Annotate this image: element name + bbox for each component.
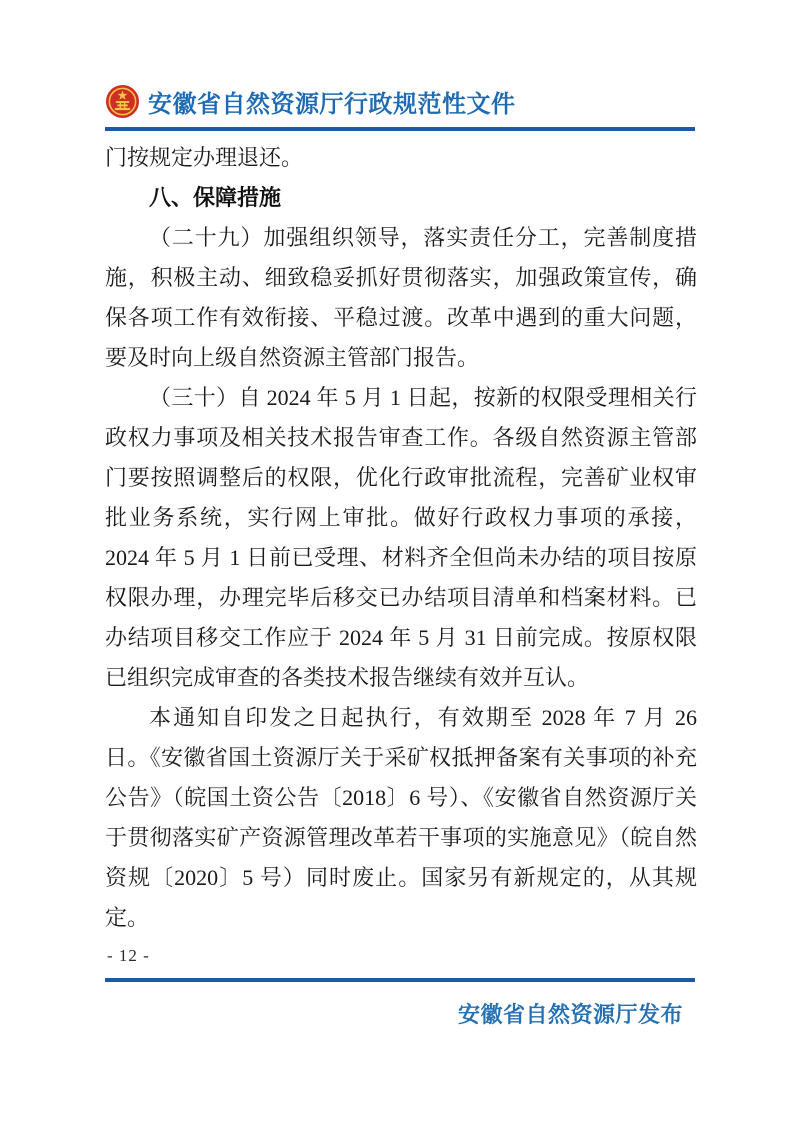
- page-number: - 12 -: [105, 946, 695, 966]
- footer-rule: [105, 978, 695, 982]
- document-header: 安徽省自然资源厅行政规范性文件: [105, 84, 695, 131]
- document-footer: - 12 - 安徽省自然资源厅发布: [105, 946, 695, 1029]
- document-header-title: 安徽省自然资源厅行政规范性文件: [148, 84, 516, 119]
- china-national-emblem-icon: [105, 84, 140, 119]
- document-body: 门按规定办理退还。 八、保障措施 （二十九）加强组织领导，落实责任分工，完善制度…: [105, 138, 697, 938]
- paragraph-continuation: 门按规定办理退还。: [105, 138, 697, 178]
- document-page: 安徽省自然资源厅行政规范性文件 门按规定办理退还。 八、保障措施 （二十九）加强…: [0, 0, 794, 1122]
- section-heading: 八、保障措施: [105, 178, 697, 218]
- paragraph-30: （三十）自 2024 年 5 月 1 日起，按新的权限受理相关行政权力事项及相关…: [105, 378, 697, 698]
- paragraph-29: （二十九）加强组织领导，落实责任分工，完善制度措施，积极主动、细致稳妥抓好贯彻落…: [105, 218, 697, 378]
- publisher-label: 安徽省自然资源厅发布: [105, 998, 695, 1029]
- paragraph-effective-date: 本通知自印发之日起执行，有效期至 2028 年 7 月 26 日。《安徽省国土资…: [105, 698, 697, 938]
- header-rule: [105, 127, 695, 131]
